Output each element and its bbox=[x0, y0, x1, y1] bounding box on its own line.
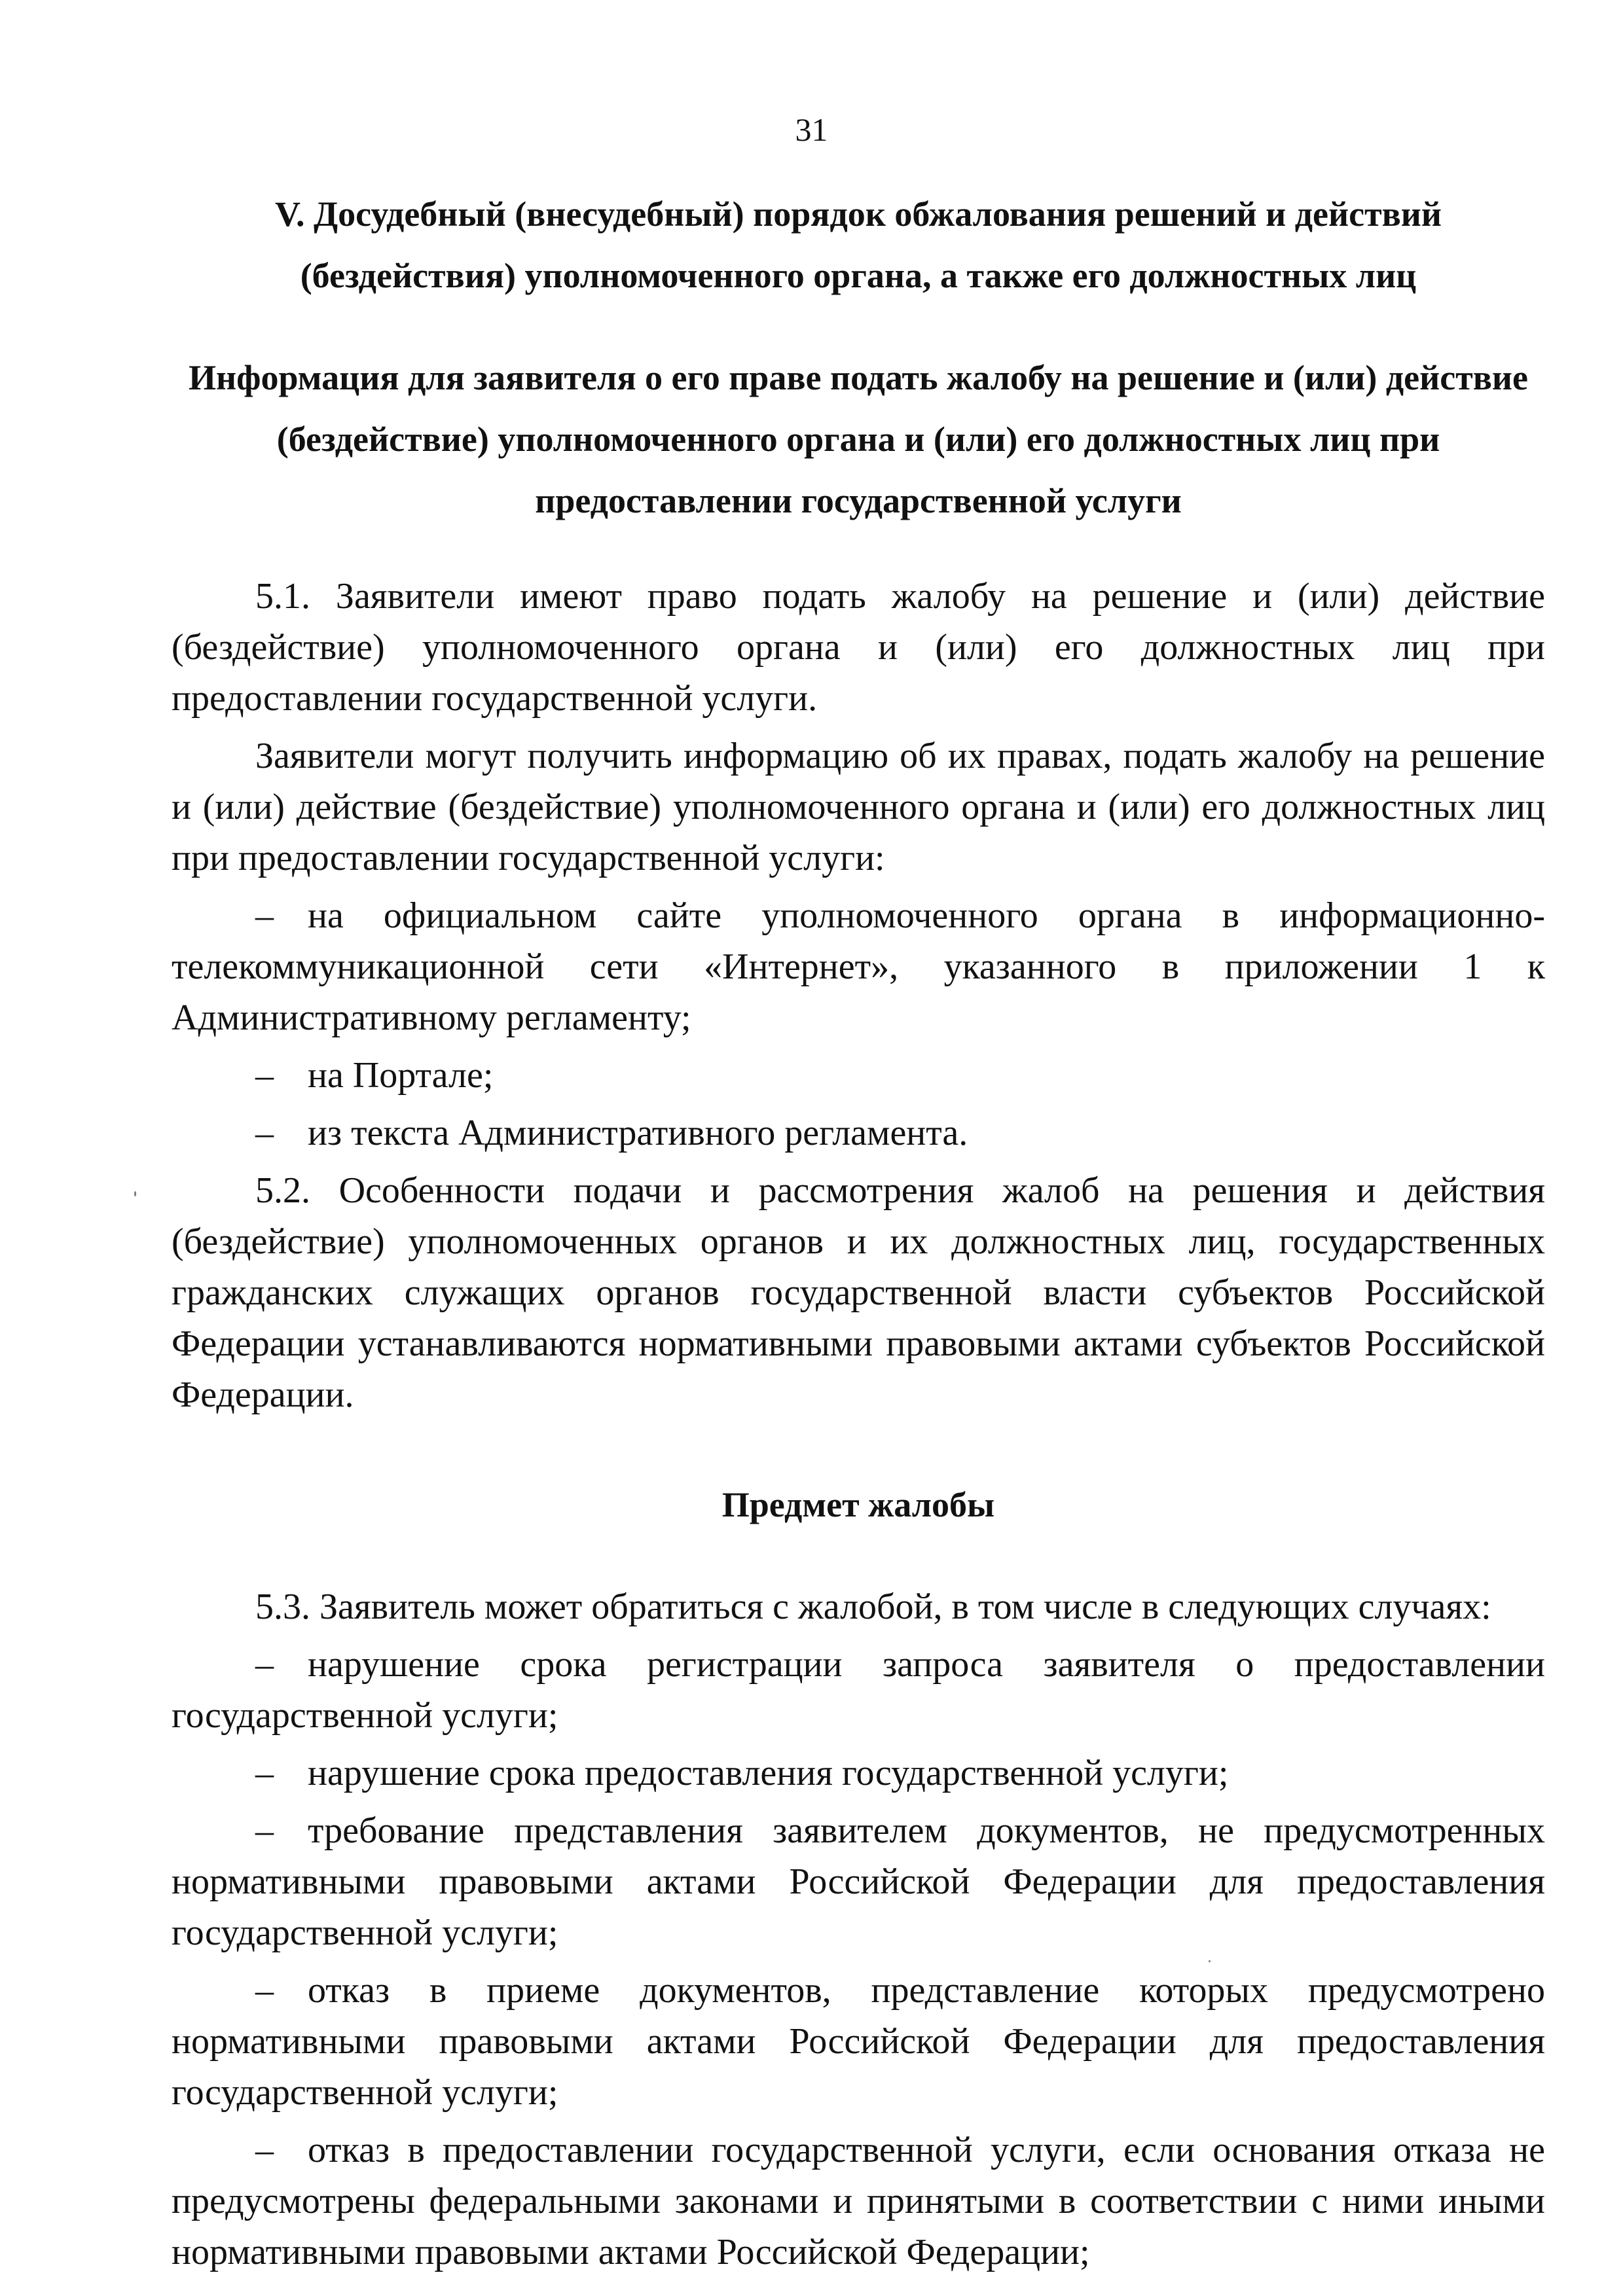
dash-bullet-icon: – bbox=[255, 1107, 308, 1158]
paragraph-5-1: 5.1. Заявители имеют право подать жалобу… bbox=[172, 571, 1545, 724]
dash-bullet-icon: – bbox=[255, 1748, 308, 1799]
paragraph-info-rights: Заявители могут получить информацию об и… bbox=[172, 730, 1545, 884]
dash-bullet-icon: – bbox=[255, 2125, 308, 2176]
dash-bullet-icon: – bbox=[255, 1639, 308, 1690]
paragraph-5-2: 5.2. Особенности подачи и рассмотрения ж… bbox=[172, 1165, 1545, 1420]
list-item: –на официальном сайте уполномоченного ор… bbox=[172, 890, 1545, 1043]
complaint-cases-list: –нарушение срока регистрации запроса зая… bbox=[172, 1639, 1545, 2278]
list-item: –из текста Административного регламента. bbox=[172, 1107, 1545, 1158]
scan-speck bbox=[1209, 1960, 1211, 1962]
subject-title: Предмет жалобы bbox=[172, 1474, 1545, 1535]
paragraph-5-3: 5.3. Заявитель может обратиться с жалобо… bbox=[172, 1581, 1545, 1632]
document-page: 31 V. Досудебный (внесудебный) порядок о… bbox=[0, 0, 1623, 2296]
page-number: 31 bbox=[0, 110, 1623, 149]
list-item: –отказ в приеме документов, представлени… bbox=[172, 1965, 1545, 2118]
dash-bullet-icon: – bbox=[255, 1050, 308, 1101]
scan-speck bbox=[419, 1343, 421, 1347]
list-item: –на Портале; bbox=[172, 1050, 1545, 1101]
list-item: –отказ в предоставлении государственной … bbox=[172, 2125, 1545, 2278]
list-item: –нарушение срока регистрации запроса зая… bbox=[172, 1639, 1545, 1741]
document-body: V. Досудебный (внесудебный) порядок обжа… bbox=[172, 183, 1545, 2278]
section-title: V. Досудебный (внесудебный) порядок обжа… bbox=[172, 183, 1545, 306]
scan-speck bbox=[1295, 1347, 1298, 1350]
scan-speck bbox=[134, 1191, 136, 1196]
dash-bullet-icon: – bbox=[255, 890, 308, 941]
list-item: –нарушение срока предоставления государс… bbox=[172, 1748, 1545, 1799]
subsection-title: Информация для заявителя о его праве под… bbox=[172, 347, 1545, 531]
info-sources-list: –на официальном сайте уполномоченного ор… bbox=[172, 890, 1545, 1158]
dash-bullet-icon: – bbox=[255, 1805, 308, 1856]
dash-bullet-icon: – bbox=[255, 1965, 308, 2016]
list-item: –требование представления заявителем док… bbox=[172, 1805, 1545, 1958]
